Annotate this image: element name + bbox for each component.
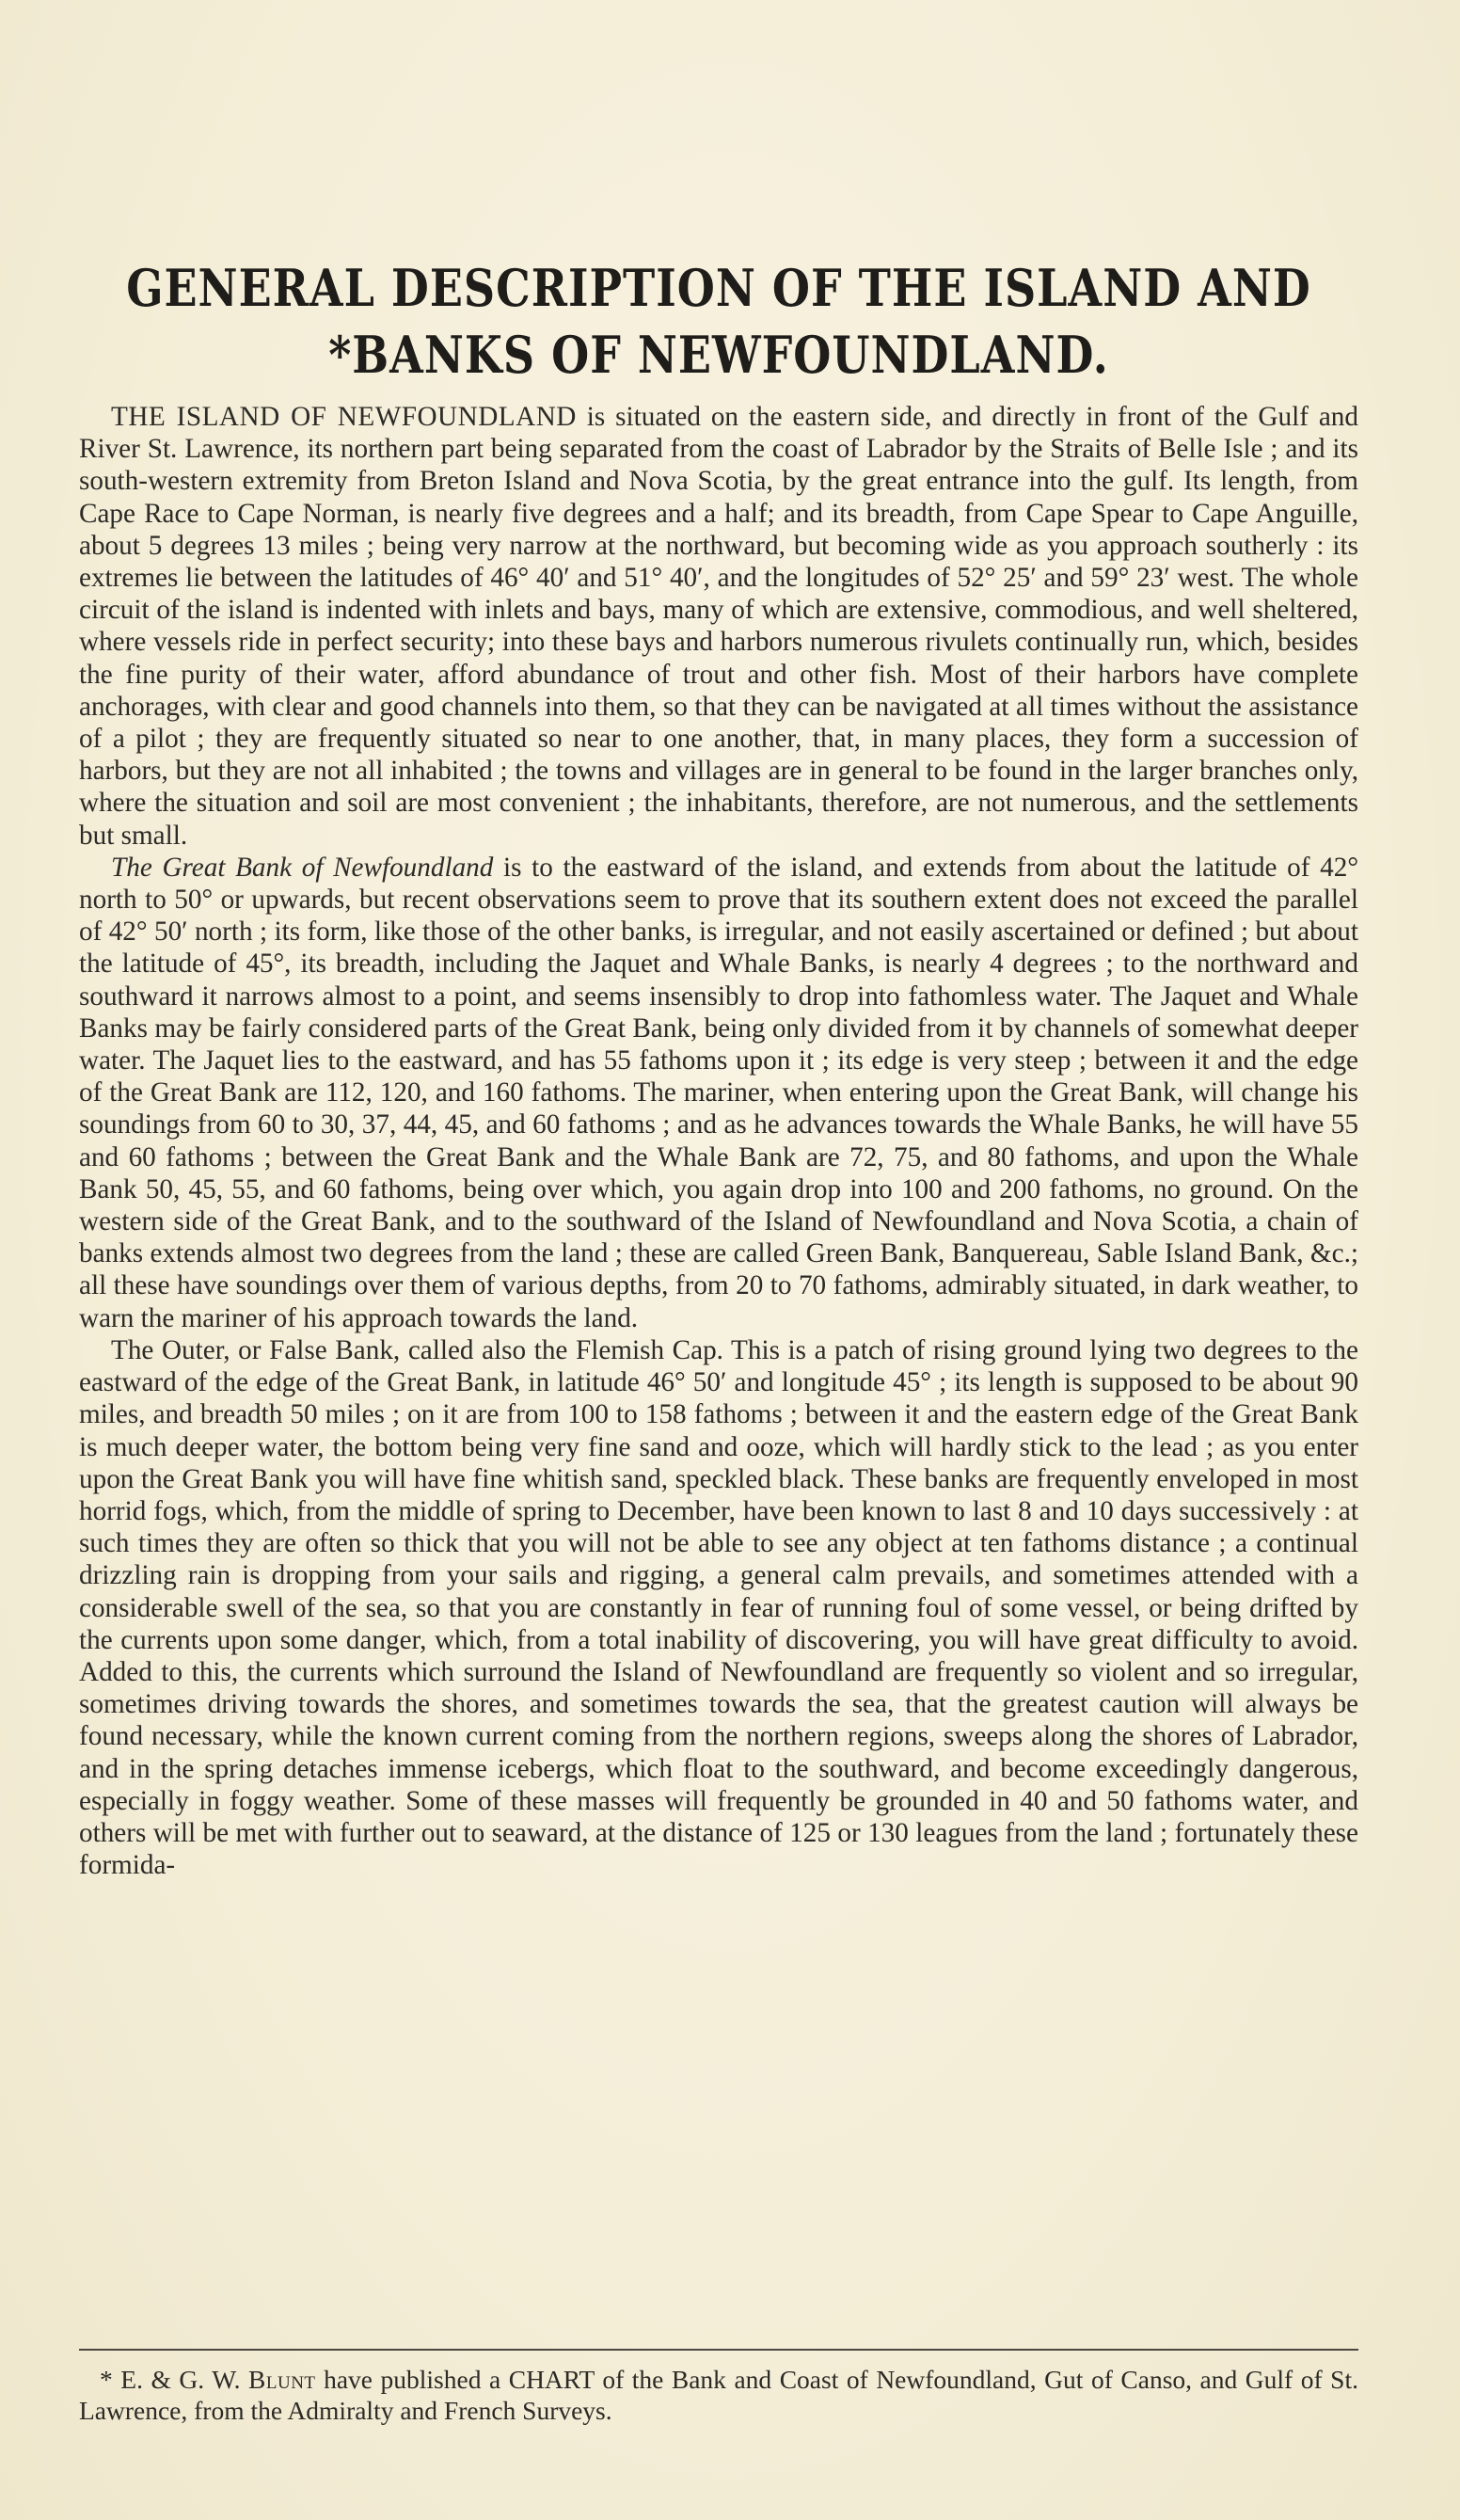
footnote-publisher-name: Blunt	[248, 2365, 316, 2394]
paragraph-text: is situated on the eastern side, and dir…	[79, 402, 1358, 851]
paragraph-text: The Outer, or False Bank, called also th…	[79, 1335, 1358, 1880]
paragraph-lead: THE ISLAND OF NEWFOUNDLAND	[111, 402, 577, 432]
title-line-1: GENERAL DESCRIPTION OF THE ISLAND AND	[79, 256, 1358, 320]
paragraph-lead-italic: The Great Bank of Newfoundland	[111, 853, 493, 883]
chapter-title: GENERAL DESCRIPTION OF THE ISLAND AND *B…	[79, 256, 1358, 387]
body-text: THE ISLAND OF NEWFOUNDLAND is situated o…	[79, 401, 1358, 1881]
bleed-through-running-head	[122, 49, 1336, 87]
paragraph-text: is to the eastward of the island, and ex…	[79, 853, 1358, 1333]
footnote-divider	[79, 2349, 1358, 2351]
paragraph-great-bank: The Great Bank of Newfoundland is to the…	[79, 852, 1358, 1334]
page-body: GENERAL DESCRIPTION OF THE ISLAND AND *B…	[79, 256, 1358, 1881]
paragraph-island: THE ISLAND OF NEWFOUNDLAND is situated o…	[79, 401, 1358, 852]
title-line-2: *BANKS OF NEWFOUNDLAND.	[79, 323, 1358, 387]
footnote: * E. & G. W. Blunt have published a CHAR…	[79, 2364, 1358, 2426]
paragraph-outer-bank: The Outer, or False Bank, called also th…	[79, 1334, 1358, 1881]
footnote-marker: * E. & G. W.	[100, 2365, 248, 2394]
footnote-text: * E. & G. W. Blunt have published a CHAR…	[79, 2364, 1358, 2426]
